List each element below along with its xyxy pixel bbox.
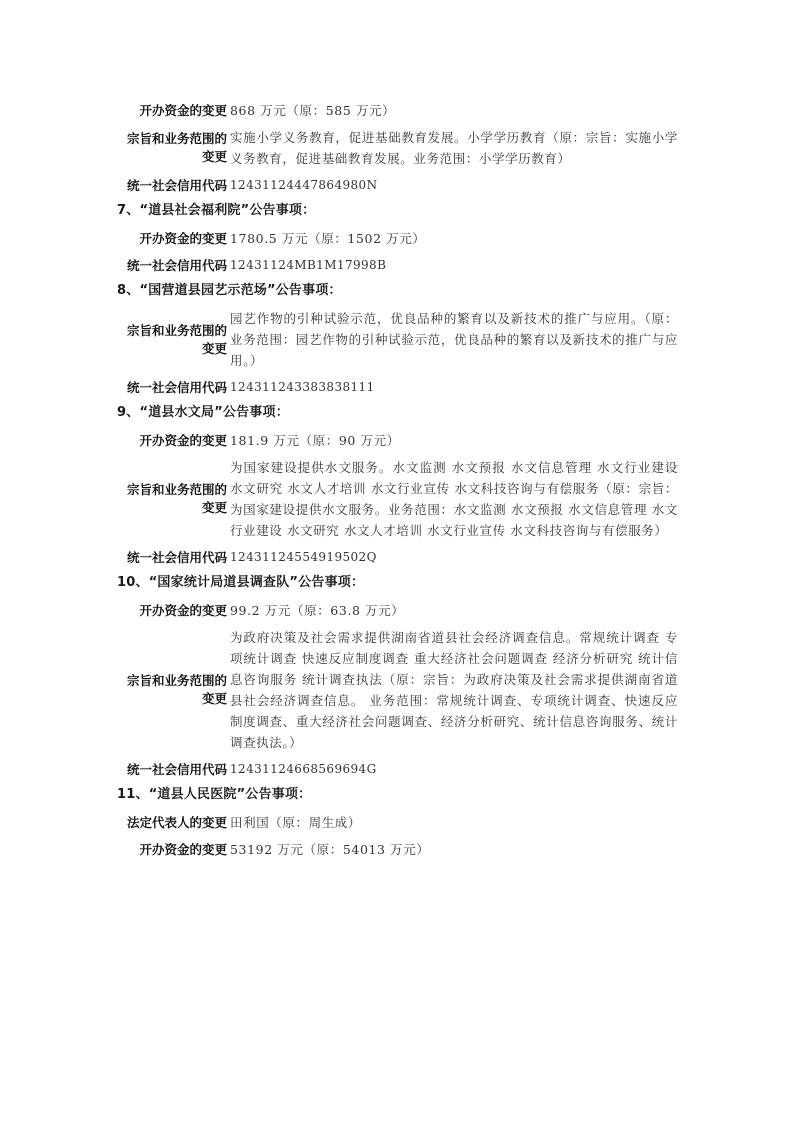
field-row-credit-code: 统一社会信用代码 12431124447864980N xyxy=(117,175,679,196)
section-heading: 7、“道县社会福利院”公告事项： xyxy=(117,202,679,220)
field-value: 为国家建设提供水文服务。水文监测 水文预报 水文信息管理 水文行业建设 水文研究… xyxy=(230,457,678,541)
field-value: 868 万元（原：585 万元） xyxy=(230,100,678,121)
section-8: 8、“国营道县园艺示范场”公告事项： 宗旨和业务范围的变更 园艺作物的引种试验示… xyxy=(117,282,679,398)
field-label: 宗旨和业务范围的变更 xyxy=(117,322,227,358)
field-value: 12431124MB1M17998B xyxy=(230,255,678,276)
field-row-scope: 宗旨和业务范围的变更 园艺作物的引种试验示范，优良品种的繁育以及新技术的推广与应… xyxy=(117,308,679,371)
field-label: 宗旨和业务范围的变更 xyxy=(117,130,227,166)
section-heading: 9、“道县水文局”公告事项： xyxy=(117,404,679,422)
field-row-capital: 开办资金的变更 1780.5 万元（原：1502 万元） xyxy=(117,228,679,249)
field-row-scope: 宗旨和业务范围的变更 为国家建设提供水文服务。水文监测 水文预报 水文信息管理 … xyxy=(117,457,679,541)
field-value: 为政府决策及社会需求提供湖南省道县社会经济调查信息。常规统计调查 专项统计调查 … xyxy=(230,627,678,753)
field-label: 宗旨和业务范围的变更 xyxy=(117,672,227,708)
field-label: 开办资金的变更 xyxy=(117,841,227,859)
section-heading: 11、“道县人民医院”公告事项： xyxy=(117,786,679,804)
field-value: 99.2 万元（原：63.8 万元） xyxy=(230,600,678,621)
section-10: 10、“国家统计局道县调查队”公告事项： 开办资金的变更 99.2 万元（原：6… xyxy=(117,574,679,780)
field-label: 开办资金的变更 xyxy=(117,432,227,450)
field-value: 12431124554919502Q xyxy=(230,547,678,568)
section-heading: 10、“国家统计局道县调查队”公告事项： xyxy=(117,574,679,592)
field-label: 开办资金的变更 xyxy=(117,602,227,620)
field-row-legal-rep: 法定代表人的变更 田利国（原：周生成） xyxy=(117,812,679,833)
field-label: 开办资金的变更 xyxy=(117,102,227,120)
field-value: 园艺作物的引种试验示范，优良品种的繁育以及新技术的推广与应用。（原：业务范围：园… xyxy=(230,308,678,371)
field-label: 统一社会信用代码 xyxy=(117,549,227,567)
field-value: 12431124668569694G xyxy=(230,759,678,780)
document-page: 开办资金的变更 868 万元（原：585 万元） 宗旨和业务范围的变更 实施小学… xyxy=(117,100,679,866)
field-row-capital: 开办资金的变更 99.2 万元（原：63.8 万元） xyxy=(117,600,679,621)
field-row-scope: 宗旨和业务范围的变更 为政府决策及社会需求提供湖南省道县社会经济调查信息。常规统… xyxy=(117,627,679,753)
section-11: 11、“道县人民医院”公告事项： 法定代表人的变更 田利国（原：周生成） 开办资… xyxy=(117,786,679,860)
field-value: 12431124447864980N xyxy=(230,175,678,196)
section-9: 9、“道县水文局”公告事项： 开办资金的变更 181.9 万元（原：90 万元）… xyxy=(117,404,679,568)
section-7: 7、“道县社会福利院”公告事项： 开办资金的变更 1780.5 万元（原：150… xyxy=(117,202,679,276)
field-row-scope: 宗旨和业务范围的变更 实施小学义务教育，促进基础教育发展。小学学历教育（原：宗旨… xyxy=(117,127,679,169)
field-label: 开办资金的变更 xyxy=(117,230,227,248)
field-row-credit-code: 统一社会信用代码 12431124554919502Q xyxy=(117,547,679,568)
field-label: 统一社会信用代码 xyxy=(117,379,227,397)
field-label: 统一社会信用代码 xyxy=(117,257,227,275)
field-row-credit-code: 统一社会信用代码 12431124668569694G xyxy=(117,759,679,780)
field-row-capital: 开办资金的变更 53192 万元（原：54013 万元） xyxy=(117,839,679,860)
field-value: 实施小学义务教育，促进基础教育发展。小学学历教育（原：宗旨：实施小学义务教育，促… xyxy=(230,127,678,169)
section-heading: 8、“国营道县园艺示范场”公告事项： xyxy=(117,282,679,300)
field-row-capital: 开办资金的变更 181.9 万元（原：90 万元） xyxy=(117,430,679,451)
field-value: 181.9 万元（原：90 万元） xyxy=(230,430,678,451)
field-row-credit-code: 统一社会信用代码 124311243383838111 xyxy=(117,377,679,398)
field-value: 124311243383838111 xyxy=(230,377,678,398)
field-label: 统一社会信用代码 xyxy=(117,761,227,779)
field-label: 宗旨和业务范围的变更 xyxy=(117,481,227,517)
field-value: 53192 万元（原：54013 万元） xyxy=(230,839,678,860)
field-label: 统一社会信用代码 xyxy=(117,177,227,195)
field-label: 法定代表人的变更 xyxy=(117,814,227,832)
field-value: 1780.5 万元（原：1502 万元） xyxy=(230,228,678,249)
field-value: 田利国（原：周生成） xyxy=(230,812,678,833)
field-row-credit-code: 统一社会信用代码 12431124MB1M17998B xyxy=(117,255,679,276)
field-row-capital: 开办资金的变更 868 万元（原：585 万元） xyxy=(117,100,679,121)
section-continued: 开办资金的变更 868 万元（原：585 万元） 宗旨和业务范围的变更 实施小学… xyxy=(117,100,679,196)
